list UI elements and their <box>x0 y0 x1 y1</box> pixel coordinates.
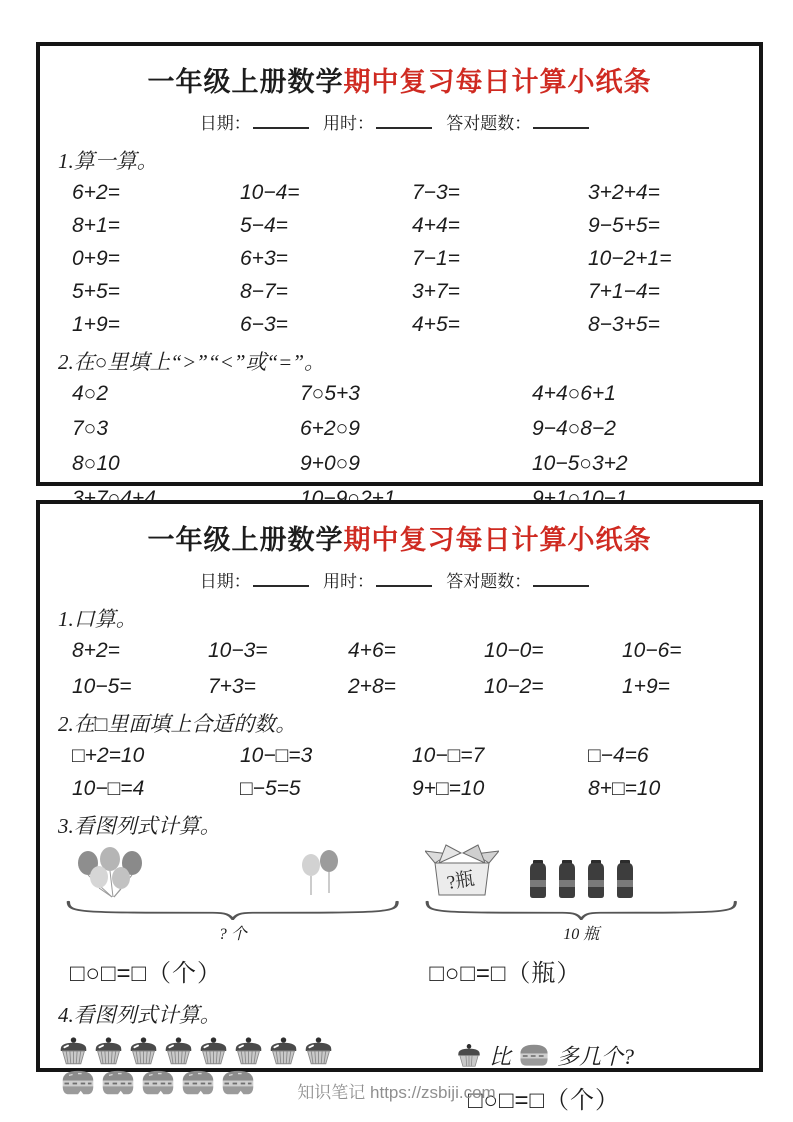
meta-line: 日期： 用时： 答对题数： <box>54 109 745 134</box>
math-problem: 10−2+1= <box>588 248 745 269</box>
cupcake-row <box>58 1036 456 1066</box>
math-problem: 5−4= <box>240 215 412 236</box>
cupcake-icon <box>303 1036 334 1066</box>
bottle-problem: ?瓶 <box>417 847 745 988</box>
math-problem: 5+5= <box>72 281 240 302</box>
compare-picture-problem: 比 多几个? □○□=□（个） <box>54 1036 745 1115</box>
math-problem: 6+2= <box>72 182 240 203</box>
math-problem: 7−1= <box>412 248 588 269</box>
cupcake-icon <box>456 1043 482 1068</box>
math-problem: 10−□=3 <box>240 745 412 766</box>
title-red-part: 期中复习每日计算小纸条 <box>344 525 652 555</box>
time-label: 用时： <box>323 114 374 133</box>
math-problem: 0+9= <box>72 248 240 269</box>
math-problem: 10−□=7 <box>412 745 588 766</box>
section-heading: 1.算一算。 <box>58 145 745 175</box>
math-problem: 10−5= <box>72 676 208 697</box>
math-problem: 2+8= <box>348 676 484 697</box>
picture-problems-row: ? 个 □○□=□（个） ?瓶 <box>54 847 745 988</box>
worksheet-card-2: 一年级上册数学期中复习每日计算小纸条 日期： 用时： 答对题数： 1.口算。 8… <box>36 500 763 1072</box>
math-problem: 8+2= <box>72 640 208 661</box>
math-problem: 10−□=4 <box>72 778 240 799</box>
section-heading: 4.看图列式计算。 <box>58 999 745 1029</box>
math-problem: 10−5○3+2 <box>532 453 745 474</box>
math-problem: 3+2+4= <box>588 182 745 203</box>
bottle-icon <box>583 859 609 899</box>
date-label: 日期： <box>200 572 251 591</box>
section-heading: 1.口算。 <box>58 603 745 633</box>
compare-figure <box>58 1036 456 1115</box>
date-blank <box>253 572 309 587</box>
oral-calc-grid: 8+2=10−3=4+6=10−0=10−6=10−5=7+3=2+8=10−2… <box>54 640 745 697</box>
cupcake-icon <box>128 1036 159 1066</box>
math-problem: 7+3= <box>208 676 348 697</box>
score-label: 答对题数： <box>446 114 531 133</box>
bottle-icon <box>612 859 638 899</box>
time-blank <box>376 114 432 129</box>
equation-template: □○□=□（瓶） <box>417 953 745 988</box>
title-red-part: 期中复习每日计算小纸条 <box>344 67 652 97</box>
compare-before-text: 比 <box>489 1040 511 1071</box>
equation-template: □○□=□（个） <box>58 953 407 988</box>
math-problem: 9+□=10 <box>412 778 588 799</box>
math-problem: 6−3= <box>240 314 412 335</box>
compare-grid: 4○27○5+34+4○6+17○36+2○99−4○8−28○109+0○91… <box>54 383 745 509</box>
open-box-icon: ?瓶 <box>425 841 499 899</box>
score-blank <box>533 572 589 587</box>
math-problem: □−4=6 <box>588 745 745 766</box>
math-problem: 4+6= <box>348 640 484 661</box>
page-title: 一年级上册数学期中复习每日计算小纸条 <box>54 518 745 557</box>
time-label: 用时： <box>323 572 374 591</box>
math-problem: 1+9= <box>72 314 240 335</box>
bottle-figure: ?瓶 <box>417 847 745 899</box>
section-heading: 2.在○里填上“>”“<”或“=”。 <box>58 346 745 376</box>
math-problem: 3+7= <box>412 281 588 302</box>
hamburger-icon <box>518 1043 550 1069</box>
math-problem: 1+9= <box>622 676 745 697</box>
date-label: 日期： <box>200 114 251 133</box>
math-problem: 10−3= <box>208 640 348 661</box>
math-problem: 7−3= <box>412 182 588 203</box>
math-problem: 8○10 <box>72 453 300 474</box>
fill-box-grid: □+2=1010−□=310−□=7□−4=610−□=4□−5=59+□=10… <box>54 745 745 799</box>
math-problem: 8+1= <box>72 215 240 236</box>
math-problem: 9−4○8−2 <box>532 418 745 439</box>
score-blank <box>533 114 589 129</box>
math-problem: 4+4= <box>412 215 588 236</box>
math-problem: 7○5+3 <box>300 383 532 404</box>
math-problem: 7+1−4= <box>588 281 745 302</box>
page-title: 一年级上册数学期中复习每日计算小纸条 <box>54 60 745 99</box>
math-problem: 6+3= <box>240 248 412 269</box>
cupcake-icon <box>233 1036 264 1066</box>
balloon-figure <box>58 847 407 899</box>
balloon-cluster-icon <box>66 847 186 899</box>
math-problem: 4+5= <box>412 314 588 335</box>
math-problem: 8−7= <box>240 281 412 302</box>
question-line: 比 多几个? <box>456 1040 745 1071</box>
worksheet-card-1: 一年级上册数学期中复习每日计算小纸条 日期： 用时： 答对题数： 1.算一算。 … <box>36 42 763 486</box>
underbrace <box>424 900 738 920</box>
math-problem: 9−5+5= <box>588 215 745 236</box>
math-problem: □−5=5 <box>240 778 412 799</box>
compare-after-text: 多几个? <box>557 1040 634 1071</box>
bottle-icon <box>554 859 580 899</box>
math-problem: 9+0○9 <box>300 453 532 474</box>
brace-label: ? 个 <box>58 921 407 944</box>
math-problem: 6+2○9 <box>300 418 532 439</box>
cupcake-icon <box>58 1036 89 1066</box>
site-watermark: 知识笔记 https://zsbiji.com <box>0 1078 793 1103</box>
brace-label: 10 瓶 <box>417 921 745 944</box>
math-problem: 10−0= <box>484 640 622 661</box>
math-problem: 10−6= <box>622 640 745 661</box>
title-black-part: 一年级上册数学 <box>148 67 344 97</box>
math-problem: 7○3 <box>72 418 300 439</box>
bottle-row <box>525 859 638 899</box>
cupcake-icon <box>268 1036 299 1066</box>
balloon-pair-icon <box>295 847 347 899</box>
title-black-part: 一年级上册数学 <box>148 525 344 555</box>
balloon-problem: ? 个 □○□=□（个） <box>58 847 407 988</box>
date-blank <box>253 114 309 129</box>
math-problem: 10−4= <box>240 182 412 203</box>
time-blank <box>376 572 432 587</box>
cupcake-icon <box>198 1036 229 1066</box>
calc-grid: 6+2=10−4=7−3=3+2+4=8+1=5−4=4+4=9−5+5=0+9… <box>54 182 745 335</box>
math-problem: 4+4○6+1 <box>532 383 745 404</box>
meta-line: 日期： 用时： 答对题数： <box>54 567 745 592</box>
math-problem: 8+□=10 <box>588 778 745 799</box>
math-problem: 8−3+5= <box>588 314 745 335</box>
cupcake-icon <box>163 1036 194 1066</box>
math-problem: 10−2= <box>484 676 622 697</box>
section-heading: 3.看图列式计算。 <box>58 810 745 840</box>
section-heading: 2.在□里面填上合适的数。 <box>58 708 745 738</box>
underbrace <box>65 900 400 920</box>
bottle-icon <box>525 859 551 899</box>
score-label: 答对题数： <box>446 572 531 591</box>
math-problem: 4○2 <box>72 383 300 404</box>
math-problem: □+2=10 <box>72 745 240 766</box>
cupcake-icon <box>93 1036 124 1066</box>
compare-question: 比 多几个? □○□=□（个） <box>456 1036 745 1115</box>
